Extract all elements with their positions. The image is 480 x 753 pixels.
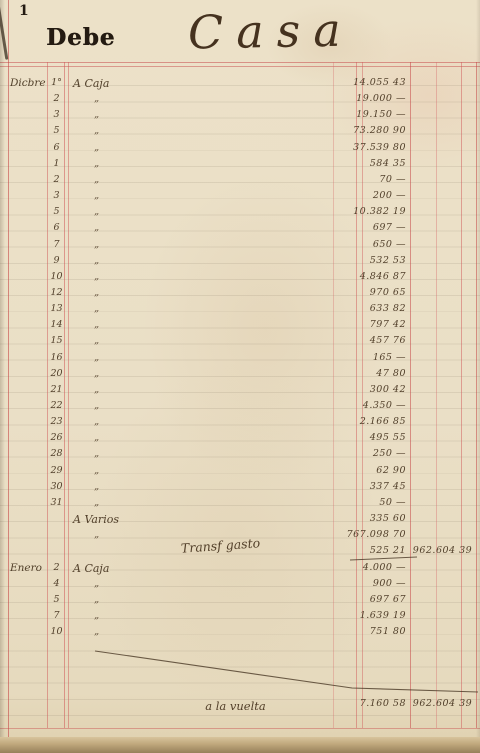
row-amount: 633 82 bbox=[296, 303, 406, 314]
ledger-row: 7 „ 1.639 19 bbox=[0, 610, 480, 626]
ledger-row: 4 „ 900 — bbox=[0, 578, 480, 594]
row-amount: 457 76 bbox=[296, 335, 406, 346]
row-desc: „ bbox=[94, 109, 214, 120]
row-day: 3 bbox=[46, 190, 67, 201]
ledger-row: 10 „ 751 80 bbox=[0, 626, 480, 642]
row-month: Dicbre bbox=[10, 77, 48, 89]
row-amount: 165 — bbox=[296, 352, 406, 363]
row-amount: 4.350 — bbox=[296, 400, 406, 411]
row-day: 1 bbox=[46, 158, 67, 169]
row-desc: „ bbox=[94, 174, 214, 185]
row-day: 7 bbox=[46, 239, 67, 250]
row-day: 30 bbox=[46, 481, 67, 492]
row-day: 5 bbox=[46, 125, 67, 136]
row-desc: „ bbox=[94, 578, 214, 589]
row-day: 4 bbox=[46, 578, 67, 589]
row-desc: „ bbox=[94, 352, 214, 363]
row-desc: „ bbox=[94, 93, 214, 104]
row-amount: 4.000 — bbox=[296, 562, 406, 573]
ledger-row: 3 „ 200 — bbox=[0, 190, 480, 206]
row-day: 6 bbox=[46, 222, 67, 233]
row-amount: 1.639 19 bbox=[296, 610, 406, 621]
row-day: 5 bbox=[46, 594, 67, 605]
row-desc: „ bbox=[94, 125, 214, 136]
ledger-row: 14 „ 797 42 bbox=[0, 319, 480, 335]
row-total: 962.604 39 bbox=[411, 545, 474, 556]
page-edge-bottom bbox=[0, 737, 480, 753]
ledger-row: 6 „ 697 — bbox=[0, 222, 480, 238]
ledger-rows: Dicbre 1° A Caja 14.055 43 2 „ 19.000 — … bbox=[0, 0, 480, 753]
ledger-row: 23 „ 2.166 85 bbox=[0, 416, 480, 432]
row-day: 12 bbox=[46, 287, 67, 298]
row-amount: 584 35 bbox=[296, 158, 406, 169]
row-day: 7 bbox=[46, 610, 67, 621]
ledger-row: 12 „ 970 65 bbox=[0, 287, 480, 303]
row-day: 29 bbox=[46, 465, 67, 476]
row-desc: „ bbox=[94, 448, 214, 459]
ledger-row: A Varios 335 60 bbox=[0, 513, 480, 529]
row-desc: „ bbox=[94, 319, 214, 330]
row-desc: „ bbox=[94, 610, 214, 621]
row-desc: A Varios bbox=[73, 513, 193, 526]
ledger-row: 26 „ 495 55 bbox=[0, 432, 480, 448]
row-desc: „ bbox=[94, 594, 214, 605]
row-amount: 337 45 bbox=[296, 481, 406, 492]
row-amount: 970 65 bbox=[296, 287, 406, 298]
row-day: 2 bbox=[46, 174, 67, 185]
row-day: 23 bbox=[46, 416, 67, 427]
row-amount: 525 21 bbox=[296, 545, 406, 556]
row-day: 21 bbox=[46, 384, 67, 395]
row-amount: 250 — bbox=[296, 448, 406, 459]
row-desc: „ bbox=[94, 432, 214, 443]
ledger-row: 15 „ 457 76 bbox=[0, 335, 480, 351]
ledger-row: 21 „ 300 42 bbox=[0, 384, 480, 400]
ledger-row: 31 „ 50 — bbox=[0, 497, 480, 513]
row-amount: 697 — bbox=[296, 222, 406, 233]
row-desc: „ bbox=[94, 271, 214, 282]
row-amount: 2.166 85 bbox=[296, 416, 406, 427]
row-day: 5 bbox=[46, 206, 67, 217]
row-amount: 650 — bbox=[296, 239, 406, 250]
ledger-row: 1 „ 584 35 bbox=[0, 158, 480, 174]
row-day: 10 bbox=[46, 271, 67, 282]
row-desc: „ bbox=[94, 384, 214, 395]
ledger-row: 5 „ 697 67 bbox=[0, 594, 480, 610]
row-desc: „ bbox=[94, 158, 214, 169]
row-day: 2 bbox=[46, 93, 67, 104]
ledger-row: 5 „ 73.280 90 bbox=[0, 125, 480, 141]
row-desc: „ bbox=[94, 142, 214, 153]
row-desc: A Caja bbox=[73, 77, 193, 90]
row-day: 26 bbox=[46, 432, 67, 443]
row-desc: „ bbox=[94, 416, 214, 427]
row-day: 28 bbox=[46, 448, 67, 459]
ledger-row: 9 „ 532 53 bbox=[0, 255, 480, 271]
carry-forward-total: 962.604 39 bbox=[411, 698, 474, 709]
row-desc: „ bbox=[94, 239, 214, 250]
row-amount: 73.280 90 bbox=[296, 125, 406, 136]
row-day: 20 bbox=[46, 368, 67, 379]
ledger-row: 6 „ 37.539 80 bbox=[0, 142, 480, 158]
ledger-row: 30 „ 337 45 bbox=[0, 481, 480, 497]
row-day: 16 bbox=[46, 352, 67, 363]
ledger-row: 16 „ 165 — bbox=[0, 352, 480, 368]
ledger-row: Dicbre 1° A Caja 14.055 43 bbox=[0, 77, 480, 93]
ledger-row: 3 „ 19.150 — bbox=[0, 109, 480, 125]
ledger-row: 5 „ 10.382 19 bbox=[0, 206, 480, 222]
row-desc: „ bbox=[94, 529, 214, 540]
row-amount: 200 — bbox=[296, 190, 406, 201]
row-desc: „ bbox=[94, 368, 214, 379]
row-amount: 14.055 43 bbox=[296, 77, 406, 88]
ledger-row: Enero 2 A Caja 4.000 — bbox=[0, 562, 480, 578]
row-desc: „ bbox=[94, 287, 214, 298]
row-desc: „ bbox=[94, 222, 214, 233]
ledger-row: 7 „ 650 — bbox=[0, 239, 480, 255]
page-edge-left bbox=[0, 0, 5, 753]
row-day: 10 bbox=[46, 626, 67, 637]
ledger-row: 22 „ 4.350 — bbox=[0, 400, 480, 416]
row-desc: „ bbox=[94, 400, 214, 411]
row-amount: 37.539 80 bbox=[296, 142, 406, 153]
row-day: 15 bbox=[46, 335, 67, 346]
row-desc: „ bbox=[94, 465, 214, 476]
row-day: 1° bbox=[46, 77, 67, 88]
row-amount: 50 — bbox=[296, 497, 406, 508]
row-amount: 4.846 87 bbox=[296, 271, 406, 282]
row-amount: 70 — bbox=[296, 174, 406, 185]
ledger-row: 13 „ 633 82 bbox=[0, 303, 480, 319]
row-desc: „ bbox=[94, 206, 214, 217]
row-amount: 532 53 bbox=[296, 255, 406, 266]
page-edge-right bbox=[476, 0, 480, 753]
row-desc: „ bbox=[94, 190, 214, 201]
row-desc: „ bbox=[94, 497, 214, 508]
row-amount: 495 55 bbox=[296, 432, 406, 443]
row-desc: A Caja bbox=[73, 562, 193, 575]
row-desc: „ bbox=[94, 626, 214, 637]
ledger-row: 29 „ 62 90 bbox=[0, 465, 480, 481]
row-month: Enero bbox=[10, 562, 48, 574]
row-amount: 19.150 — bbox=[296, 109, 406, 120]
row-amount: 19.000 — bbox=[296, 93, 406, 104]
ledger-page: 1 Debe Casa Dicbre 1° A Caja 14.055 43 2… bbox=[0, 0, 480, 753]
row-day: 9 bbox=[46, 255, 67, 266]
row-day: 13 bbox=[46, 303, 67, 314]
ledger-row: 28 „ 250 — bbox=[0, 448, 480, 464]
row-desc: „ bbox=[94, 481, 214, 492]
carry-forward-amount: 7.160 58 bbox=[296, 698, 406, 709]
row-amount: 751 80 bbox=[296, 626, 406, 637]
row-desc: „ bbox=[94, 303, 214, 314]
row-day: 6 bbox=[46, 142, 67, 153]
carry-forward-label: a la vuelta bbox=[168, 699, 303, 713]
row-amount: 335 60 bbox=[296, 513, 406, 524]
row-day: 3 bbox=[46, 109, 67, 120]
row-amount: 47 80 bbox=[296, 368, 406, 379]
row-amount: 697 67 bbox=[296, 594, 406, 605]
row-amount: 767.098 70 bbox=[296, 529, 406, 540]
row-amount: 62 90 bbox=[296, 465, 406, 476]
row-day: 31 bbox=[46, 497, 67, 508]
ledger-row: 20 „ 47 80 bbox=[0, 368, 480, 384]
row-day: 14 bbox=[46, 319, 67, 330]
row-amount: 10.382 19 bbox=[296, 206, 406, 217]
row-amount: 797 42 bbox=[296, 319, 406, 330]
ledger-row: 2 „ 19.000 — bbox=[0, 93, 480, 109]
ledger-row: 10 „ 4.846 87 bbox=[0, 271, 480, 287]
ledger-row: 2 „ 70 — bbox=[0, 174, 480, 190]
row-day: 22 bbox=[46, 400, 67, 411]
row-desc: „ bbox=[94, 335, 214, 346]
row-amount: 300 42 bbox=[296, 384, 406, 395]
row-amount: 900 — bbox=[296, 578, 406, 589]
row-desc: „ bbox=[94, 255, 214, 266]
row-day: 2 bbox=[46, 562, 67, 573]
